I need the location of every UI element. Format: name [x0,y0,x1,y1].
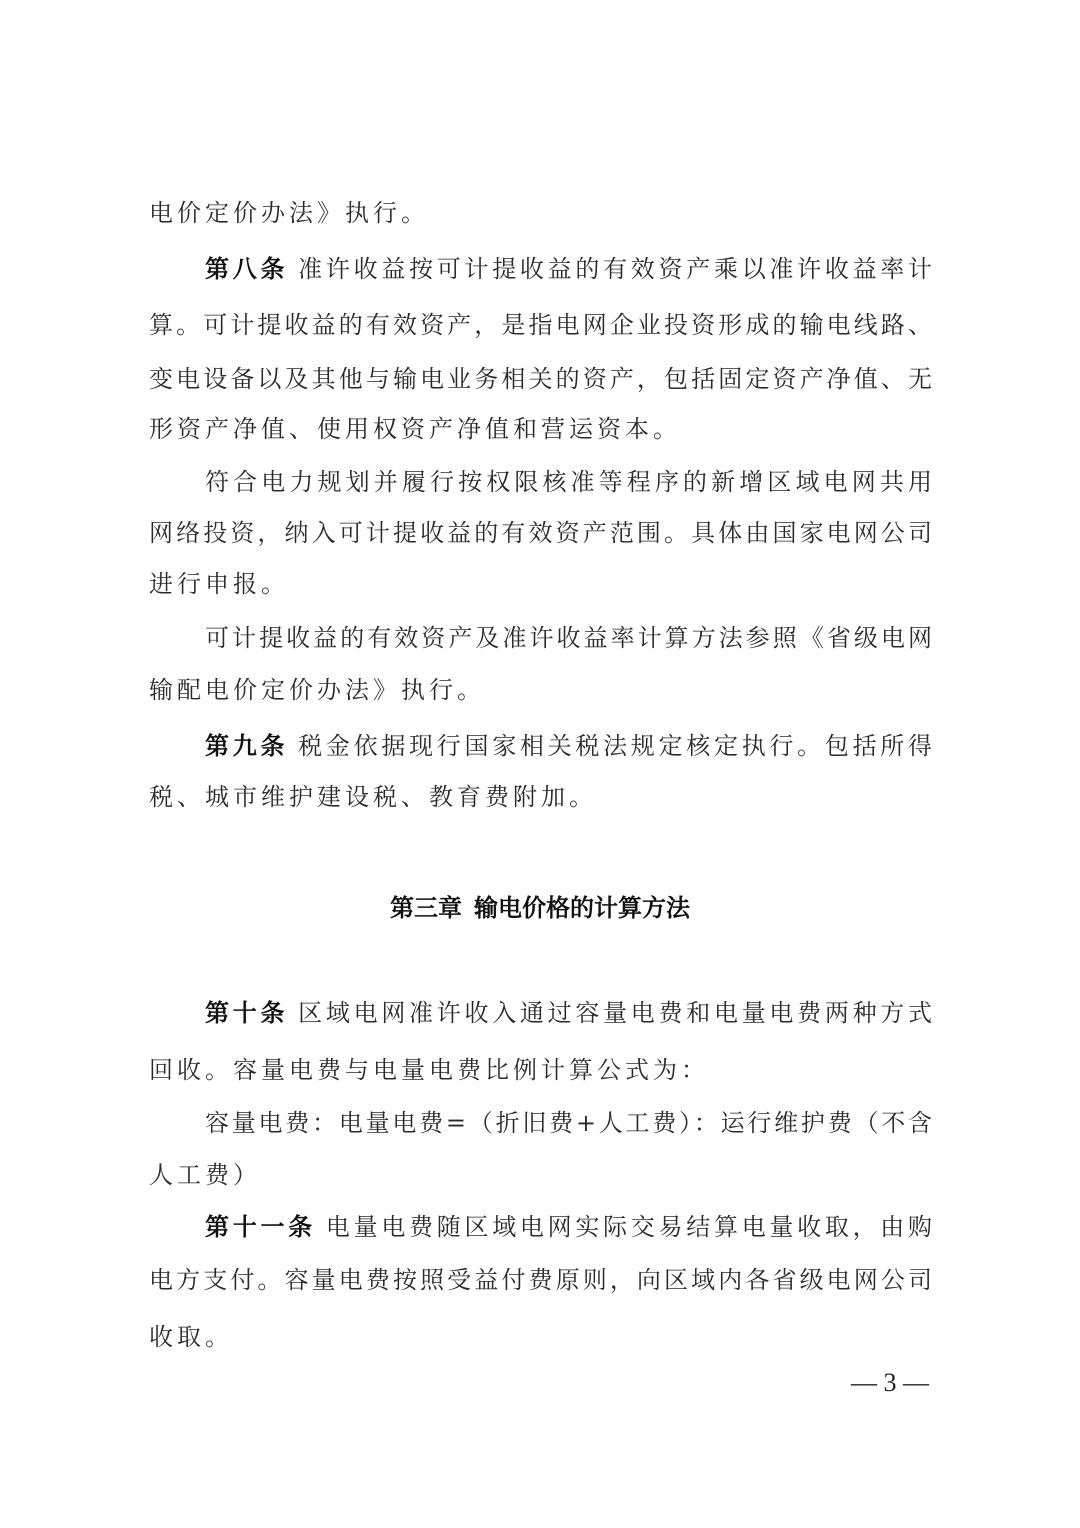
paragraph-line: 收取。 [149,1320,932,1354]
paragraph-line: 输配电价定价办法》执行。 [149,673,932,707]
paragraph-line: 变电设备以及其他与输电业务相关的资产，包括固定资产净值、无 [149,362,932,396]
article-text: 电量电费随区域电网实际交易结算电量收取，由购 [326,1213,932,1241]
paragraph-line: 形资产净值、使用权资产净值和营运资本。 [149,412,932,446]
page-number: — 3 — [840,1366,940,1400]
paragraph-line: 网络投资，纳入可计提收益的有效资产范围。具体由国家电网公司 [149,516,932,550]
paragraph-line: 进行申报。 [149,567,932,601]
chapter-heading: 第三章输电价格的计算方法 [0,890,1080,926]
paragraph-line: 税、城市维护建设税、教育费附加。 [149,780,932,814]
paragraph-line: 算。可计提收益的有效资产，是指电网企业投资形成的输电线路、 [149,308,932,342]
article-text: 区域电网准许收入通过容量电费和电量电费两种方式 [298,999,932,1027]
article-label: 第十一条 [205,1213,316,1241]
article-label: 第十条 [205,999,288,1027]
chapter-title: 输电价格的计算方法 [474,894,690,922]
article-label: 第九条 [205,732,288,760]
article-10-line: 第十条区域电网准许收入通过容量电费和电量电费两种方式 [205,996,932,1030]
paragraph-line: 回收。容量电费与电量电费比例计算公式为： [149,1053,932,1087]
paragraph-line: 可计提收益的有效资产及准许收益率计算方法参照《省级电网 [205,621,932,655]
article-text: 税金依据现行国家相关税法规定核定执行。包括所得 [298,732,932,760]
article-8-line: 第八条准许收益按可计提收益的有效资产乘以准许收益率计 [205,252,932,286]
article-9-line: 第九条税金依据现行国家相关税法规定核定执行。包括所得 [205,729,932,763]
paragraph-line: 电方支付。容量电费按照受益付费原则，向区域内各省级电网公司 [149,1263,932,1297]
formula-line: 人工费） [149,1158,932,1192]
chapter-number: 第三章 [390,894,462,922]
paragraph-line: 符合电力规划并履行按权限核准等程序的新增区域电网共用 [205,465,932,499]
article-11-line: 第十一条电量电费随区域电网实际交易结算电量收取，由购 [205,1210,932,1244]
formula-line: 容量电费：电量电费=（折旧费+人工费）：运行维护费（不含 [205,1106,932,1140]
article-label: 第八条 [205,255,288,283]
paragraph-line: 电价定价办法》执行。 [149,196,932,230]
article-text: 准许收益按可计提收益的有效资产乘以准许收益率计 [298,255,932,283]
document-page: 电价定价办法》执行。 第八条准许收益按可计提收益的有效资产乘以准许收益率计 算。… [0,0,1080,1528]
